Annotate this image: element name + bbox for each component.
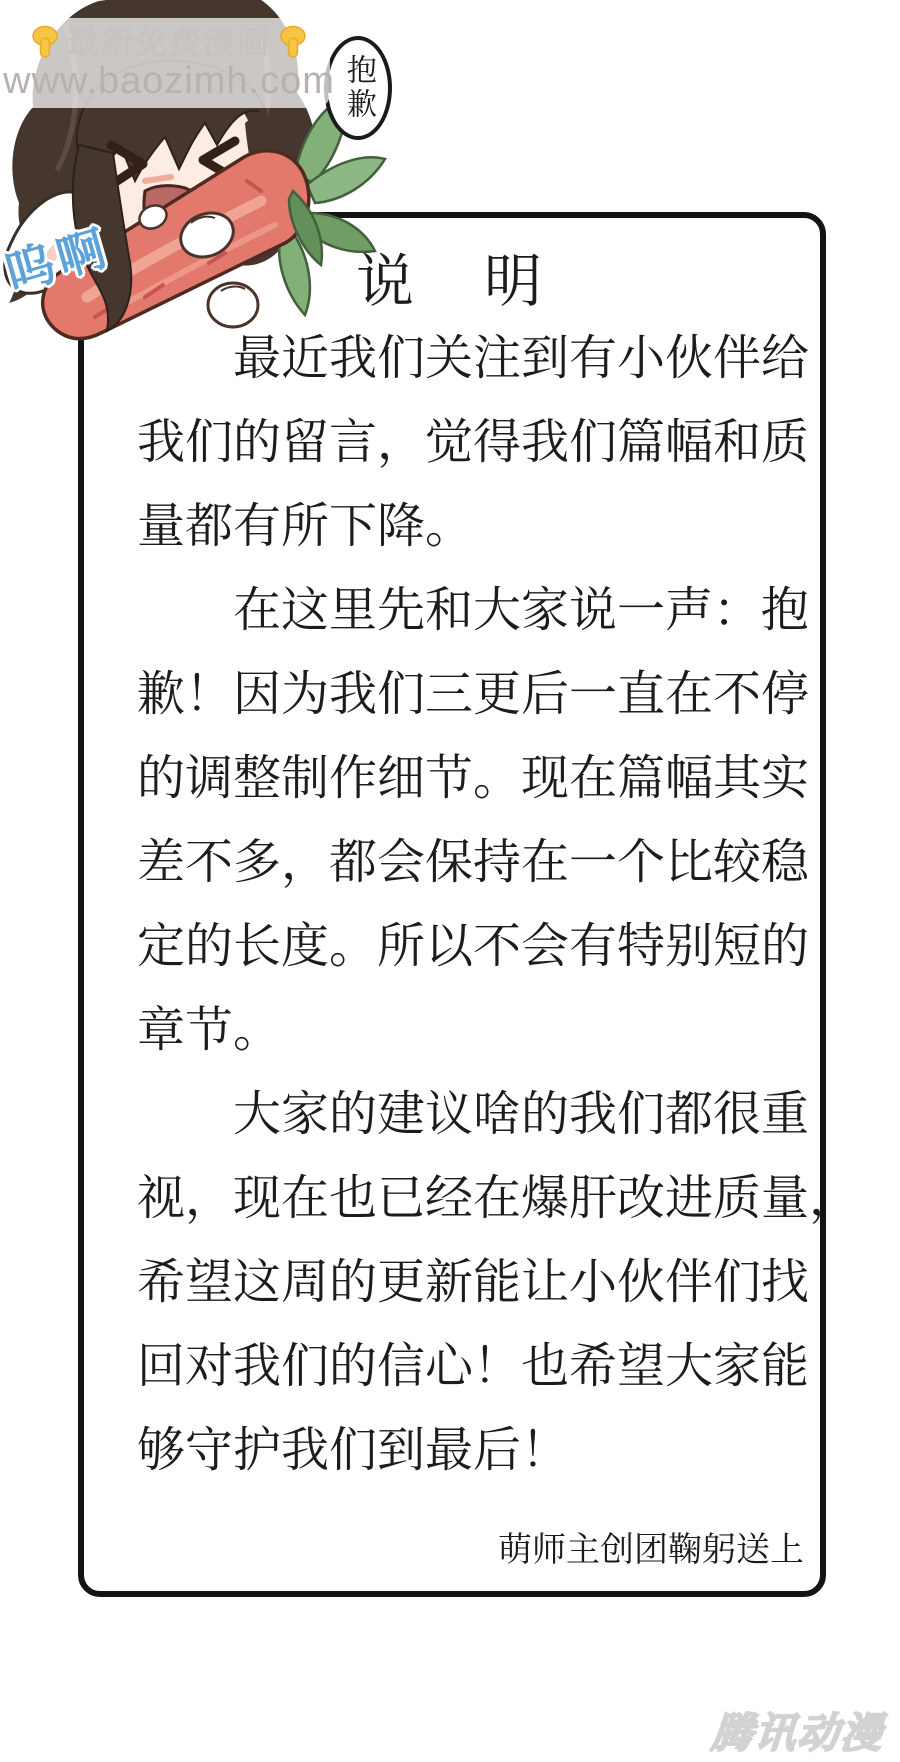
notice-box: 说 明 最近我们关注到有小伙伴给我们的留言，觉得我们篇幅和质量都有所下降。在这里… [78,212,826,1597]
platform-watermark: 腾讯动漫 [709,1700,886,1759]
notice-text-line: 视，现在也已经在爆肝改进质量， [137,1157,827,1241]
notice-text-line: 在这里先和大家说一声：抱 [137,569,827,653]
notice-text-line: 歉！因为我们三更后一直在不停 [137,653,827,737]
notice-text-line: 的调整制作细节。现在篇幅其实 [137,737,827,821]
notice-text-line: 定的长度。所以不会有特别短的 [137,905,827,989]
site-watermark-row1: 最新免费漫画 [31,25,307,59]
pointing-down-finger-icon [31,25,59,59]
notice-text-line: 章节。 [137,989,827,1073]
notice-text-line: 够守护我们到最后！ [137,1409,827,1493]
notice-text: 最近我们关注到有小伙伴给我们的留言，觉得我们篇幅和质量都有所下降。在这里先和大家… [137,317,827,1493]
speech-bubble-text: 抱歉 [336,54,380,122]
pointing-down-finger-icon [279,25,307,59]
site-watermark-url: www.baozimh.com [3,61,335,101]
signature: 萌师主创团鞠躬送上 [498,1522,804,1571]
site-watermark-title: 最新免费漫画 [67,25,271,59]
site-watermark: 最新免费漫画 www.baozimh.com [8,18,330,108]
notice-text-line: 希望这周的更新能让小伙伴们找 [137,1241,827,1325]
comic-notice-page: 说 明 最近我们关注到有小伙伴给我们的留言，觉得我们篇幅和质量都有所下降。在这里… [0,0,900,1762]
notice-text-line: 回对我们的信心！也希望大家能 [137,1325,827,1409]
notice-text-line: 大家的建议啥的我们都很重 [137,1073,827,1157]
notice-text-line: 量都有所下降。 [137,485,827,569]
notice-text-line: 我们的留言，觉得我们篇幅和质 [137,401,827,485]
notice-text-line: 差不多，都会保持在一个比较稳 [137,821,827,905]
